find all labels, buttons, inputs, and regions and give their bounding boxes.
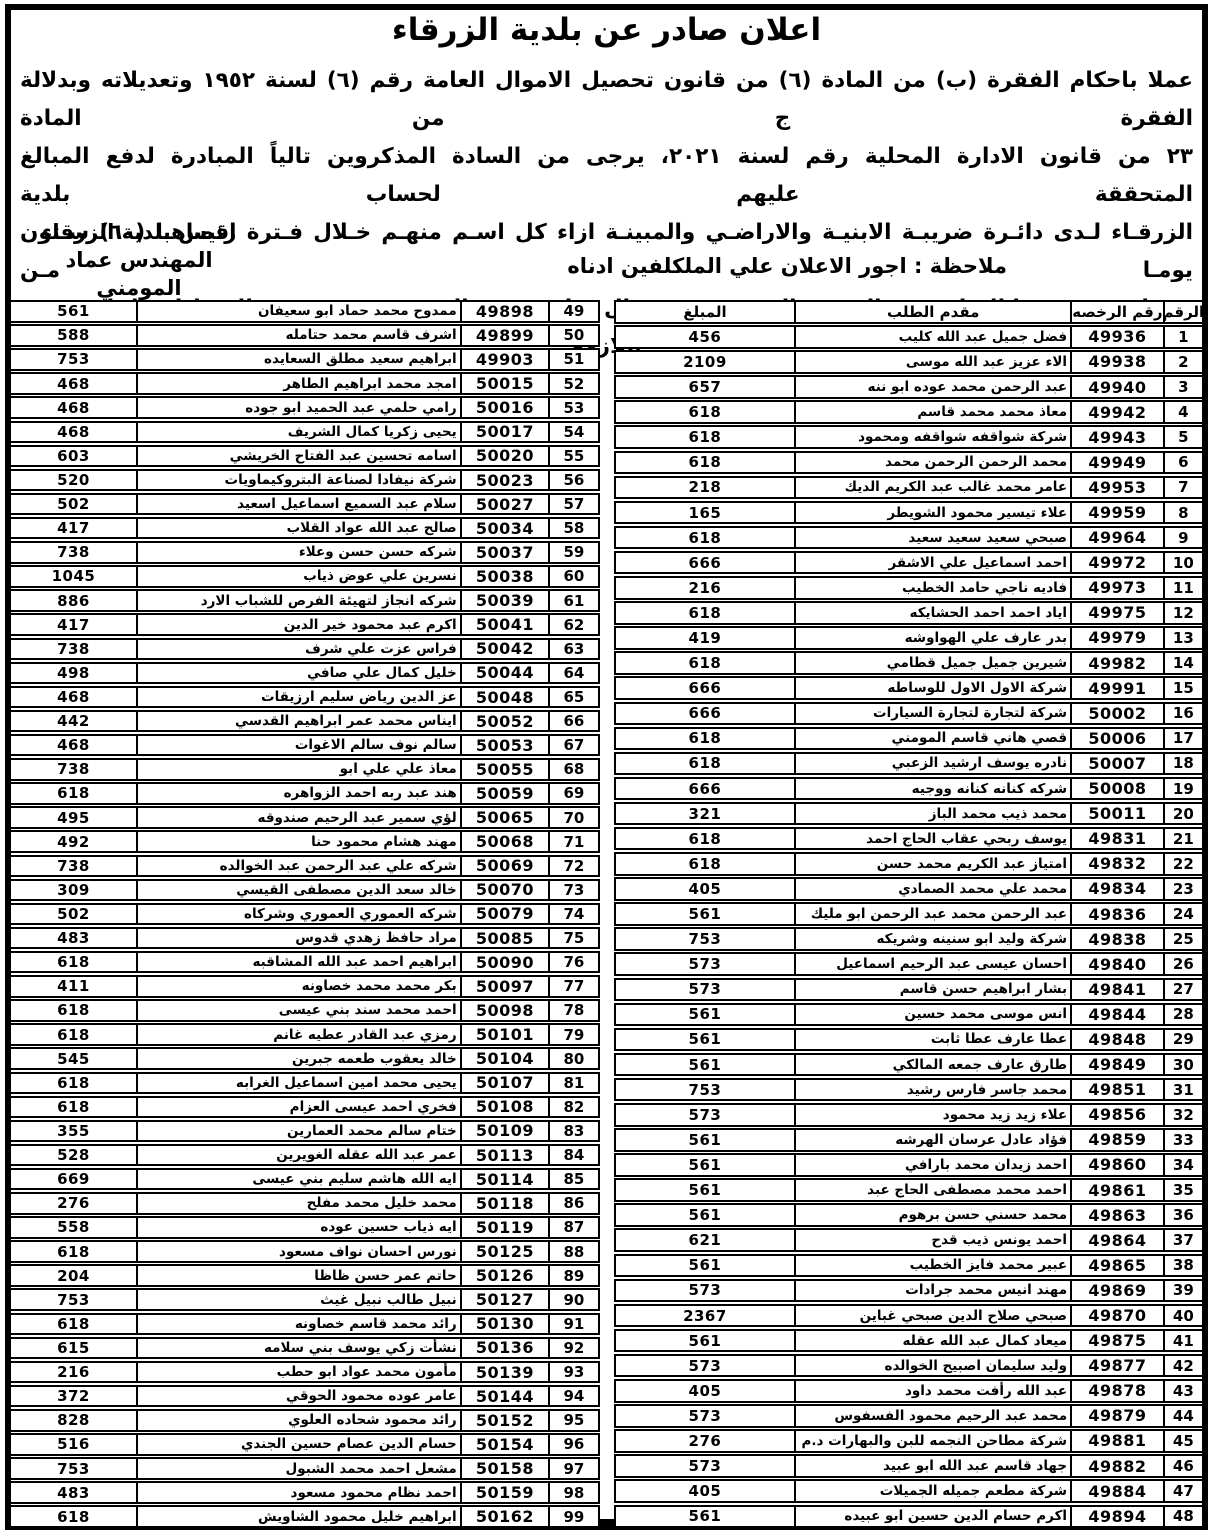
cell-name: نبيل طالب نبيل غيث bbox=[136, 1290, 460, 1309]
cell-amount: 411 bbox=[11, 977, 136, 996]
table-row: 7950101رمزي عبد القادر عطيه غانم618 bbox=[9, 1023, 600, 1046]
cell-num: 24 bbox=[1163, 904, 1202, 924]
cell-num: 19 bbox=[1163, 779, 1202, 799]
table-row: 9650154حسام الدين عصام حسين الجندي516 bbox=[9, 1433, 600, 1456]
cell-amount: 666 bbox=[616, 678, 795, 698]
signature-block: رئيس بلدية الزرقاء المهندس عماد المومني bbox=[24, 218, 254, 302]
cell-num: 36 bbox=[1163, 1205, 1202, 1225]
table-row: 7150068مهند هشام محمود حنا492 bbox=[9, 830, 600, 853]
cell-name: عبد الرحمن محمد عبد الرحمن ابو مليك bbox=[794, 904, 1070, 924]
cell-num: 26 bbox=[1163, 954, 1202, 974]
cell-num: 87 bbox=[548, 1218, 597, 1237]
cell-amount: 666 bbox=[616, 704, 795, 724]
cell-license: 50158 bbox=[460, 1459, 549, 1478]
cell-amount: 603 bbox=[11, 447, 136, 466]
cell-license: 50059 bbox=[460, 784, 549, 803]
cell-license: 50108 bbox=[460, 1098, 549, 1117]
cell-amount: 516 bbox=[11, 1435, 136, 1454]
cell-name: احسان عيسى عبد الرحيم اسماعيل bbox=[794, 954, 1070, 974]
cell-num: 60 bbox=[548, 567, 597, 586]
cell-num: 74 bbox=[548, 905, 597, 924]
cell-license: 49861 bbox=[1070, 1180, 1163, 1200]
cell-amount: 573 bbox=[616, 1281, 795, 1301]
table-row: 8350109ختام سالم محمد العمارين355 bbox=[9, 1120, 600, 1143]
table-row: 8250108فخري احمد عيسى العزام618 bbox=[9, 1096, 600, 1119]
cell-name: خليل كمال علي صافي bbox=[136, 664, 460, 683]
cell-name: محمد حسني حسن برهوم bbox=[794, 1205, 1070, 1225]
cell-name: ميعاد كمال عبد الله عقله bbox=[794, 1331, 1070, 1351]
cell-amount: 2367 bbox=[616, 1306, 795, 1326]
cell-license: 49959 bbox=[1070, 503, 1163, 523]
cell-num: 34 bbox=[1163, 1155, 1202, 1175]
cell-amount: 753 bbox=[11, 1459, 136, 1478]
table-row: 8650118محمد خليل محمد مفلح276 bbox=[9, 1192, 600, 1215]
table-row: 9450144عامر عوده محمود الحوقي372 bbox=[9, 1385, 600, 1408]
cell-license: 50016 bbox=[460, 398, 549, 417]
cell-amount: 561 bbox=[616, 1331, 795, 1351]
table-row: 1149973فاديه ناجي حامد الخطيب216 bbox=[614, 576, 1205, 600]
table-row: 4549881شركة مطاحن النجمه للبن والبهارات … bbox=[614, 1429, 1205, 1453]
cell-name: شركة شواقفه شواقفه ومحمود bbox=[794, 427, 1070, 447]
cell-num: 62 bbox=[548, 615, 597, 634]
cell-num: 72 bbox=[548, 857, 597, 876]
cell-license: 50017 bbox=[460, 423, 549, 442]
cell-num: 75 bbox=[548, 929, 597, 948]
cell-license: 49953 bbox=[1070, 478, 1163, 498]
table-row: 2649840احسان عيسى عبد الرحيم اسماعيل573 bbox=[614, 952, 1205, 976]
cell-amount: 886 bbox=[11, 591, 136, 610]
table-row: 2949848عطا عارف عطا ثابت561 bbox=[614, 1028, 1205, 1052]
cell-amount: 618 bbox=[11, 953, 136, 972]
cell-name: نادره يوسف ارشيد الزعبي bbox=[794, 754, 1070, 774]
table-row: 3749864احمد يونس ذيب قدح621 bbox=[614, 1228, 1205, 1252]
cell-amount: 738 bbox=[11, 760, 136, 779]
cell-amount: 561 bbox=[616, 1030, 795, 1050]
cell-amount: 738 bbox=[11, 543, 136, 562]
table-row: 5950037شركه حسن حسن وعلاء738 bbox=[9, 541, 600, 564]
cell-name: ابراهيم سعيد مطلق السعايده bbox=[136, 350, 460, 369]
body-line-2: ٢٣ من قانون الادارة المحلية رقم لسنة ٢٠٢… bbox=[20, 138, 1193, 214]
cell-num: 45 bbox=[1163, 1431, 1202, 1451]
cell-name: ايناس محمد عمر ابراهيم القدسي bbox=[136, 712, 460, 731]
cell-license: 49863 bbox=[1070, 1205, 1163, 1225]
header-amount: المبلغ bbox=[616, 302, 795, 322]
cell-license: 50027 bbox=[460, 495, 549, 514]
table-row: 5850034صالح عبد الله عواد القلاب417 bbox=[9, 517, 600, 540]
cell-license: 50159 bbox=[460, 1483, 549, 1502]
cell-amount: 468 bbox=[11, 736, 136, 755]
table-row: 6650052ايناس محمد عمر ابراهيم القدسي442 bbox=[9, 710, 600, 733]
cell-num: 21 bbox=[1163, 829, 1202, 849]
cell-license: 50130 bbox=[460, 1315, 549, 1334]
cell-name: شركه حسن حسن وعلاء bbox=[136, 543, 460, 562]
cell-num: 29 bbox=[1163, 1030, 1202, 1050]
cell-name: نورس احسان نواف مسعود bbox=[136, 1242, 460, 1261]
cell-name: شركة وليد ابو سنينه وشريكه bbox=[794, 929, 1070, 949]
cell-amount: 738 bbox=[11, 857, 136, 876]
note-text: ملاحظة : اجور الاعلان علي الملكلفين ادنا… bbox=[567, 254, 1007, 278]
cell-amount: 456 bbox=[616, 327, 795, 347]
cell-num: 57 bbox=[548, 495, 597, 514]
cell-num: 65 bbox=[548, 688, 597, 707]
cell-license: 49831 bbox=[1070, 829, 1163, 849]
cell-amount: 468 bbox=[11, 398, 136, 417]
cell-license: 49991 bbox=[1070, 678, 1163, 698]
announcement-page: اعلان صادر عن بلدية الزرقاء عملا باحكام … bbox=[0, 0, 1213, 1536]
table-row: 4049870صبحي صلاح الدين صبحي غباين2367 bbox=[614, 1304, 1205, 1328]
table-row: 6350042فراس عزت علي شرف738 bbox=[9, 638, 600, 661]
cell-amount: 618 bbox=[616, 603, 795, 623]
cell-num: 54 bbox=[548, 423, 597, 442]
cell-amount: 618 bbox=[616, 829, 795, 849]
cell-num: 61 bbox=[548, 591, 597, 610]
cell-amount: 468 bbox=[11, 423, 136, 442]
cell-name: ممدوح محمد حماد ابو سعيفان bbox=[136, 302, 460, 321]
cell-amount: 618 bbox=[11, 784, 136, 803]
cell-license: 49949 bbox=[1070, 453, 1163, 473]
cell-license: 50006 bbox=[1070, 729, 1163, 749]
cell-name: ختام سالم محمد العمارين bbox=[136, 1122, 460, 1141]
cell-num: 4 bbox=[1163, 402, 1202, 422]
table-row: 949964صبحي سعيد سعيد سعيد618 bbox=[614, 526, 1205, 550]
cell-num: 40 bbox=[1163, 1306, 1202, 1326]
cell-name: فخري احمد عيسى العزام bbox=[136, 1098, 460, 1117]
table-row: 1049972احمد اسماعيل علي الاشقر666 bbox=[614, 551, 1205, 575]
cell-name: مهند هشام محمود حنا bbox=[136, 832, 460, 851]
cell-amount: 483 bbox=[11, 1483, 136, 1502]
cell-name: معاذ علي علي ابو bbox=[136, 760, 460, 779]
cell-num: 22 bbox=[1163, 854, 1202, 874]
table-row: 3549861احمد محمد مصطفى الحاج عبد561 bbox=[614, 1178, 1205, 1202]
cell-license: 49851 bbox=[1070, 1080, 1163, 1100]
header-num: الرقم bbox=[1163, 302, 1202, 322]
cell-license: 50053 bbox=[460, 736, 549, 755]
table-row: 9050127نبيل طالب نبيل غيث753 bbox=[9, 1288, 600, 1311]
cell-license: 50139 bbox=[460, 1363, 549, 1382]
cell-num: 11 bbox=[1163, 578, 1202, 598]
cell-name: رمزي عبد القادر عطيه غانم bbox=[136, 1025, 460, 1044]
cell-amount: 204 bbox=[11, 1266, 136, 1285]
cell-num: 41 bbox=[1163, 1331, 1202, 1351]
cell-license: 50011 bbox=[1070, 804, 1163, 824]
cell-amount: 618 bbox=[11, 1074, 136, 1093]
cell-amount: 561 bbox=[616, 1180, 795, 1200]
cell-name: اياد احمد احمد الحشايكه bbox=[794, 603, 1070, 623]
table-row: 3349859فؤاد عادل عرسان الهرشه561 bbox=[614, 1128, 1205, 1152]
cell-num: 13 bbox=[1163, 628, 1202, 648]
cell-num: 82 bbox=[548, 1098, 597, 1117]
cell-license: 50101 bbox=[460, 1025, 549, 1044]
cell-license: 50097 bbox=[460, 977, 549, 996]
cell-num: 64 bbox=[548, 664, 597, 683]
cell-amount: 618 bbox=[616, 402, 795, 422]
cell-name: امتياز عبد الكريم محمد حسن bbox=[794, 854, 1070, 874]
cell-name: عطا عارف عطا ثابت bbox=[794, 1030, 1070, 1050]
cell-amount: 498 bbox=[11, 664, 136, 683]
cell-amount: 753 bbox=[616, 929, 795, 949]
cell-num: 55 bbox=[548, 447, 597, 466]
cell-license: 50038 bbox=[460, 567, 549, 586]
cell-amount: 405 bbox=[616, 1381, 795, 1401]
cell-license: 50069 bbox=[460, 857, 549, 876]
cell-name: شركه العموري العموري وشركاه bbox=[136, 905, 460, 924]
cell-name: يوسف ربحي عقاب الحاج احمد bbox=[794, 829, 1070, 849]
cell-amount: 618 bbox=[616, 854, 795, 874]
cell-num: 94 bbox=[548, 1387, 597, 1406]
cell-name: شركه علي عبد الرحمن عبد الخوالده bbox=[136, 857, 460, 876]
cell-name: احمد محمد مصطفى الحاج عبد bbox=[794, 1180, 1070, 1200]
signature-name: المهندس عماد المومني bbox=[24, 246, 254, 302]
cell-amount: 657 bbox=[616, 377, 795, 397]
cell-num: 53 bbox=[548, 398, 597, 417]
cell-amount: 753 bbox=[11, 350, 136, 369]
table-rows-49-99: 4949898ممدوح محمد حماد ابو سعيفان5615049… bbox=[9, 300, 600, 1528]
cell-license: 49936 bbox=[1070, 327, 1163, 347]
cell-amount: 573 bbox=[616, 1456, 795, 1476]
cell-num: 37 bbox=[1163, 1230, 1202, 1250]
cell-amount: 618 bbox=[616, 528, 795, 548]
cell-amount: 615 bbox=[11, 1339, 136, 1358]
cell-name: هند عبد ربه احمد الزواهره bbox=[136, 784, 460, 803]
cell-num: 98 bbox=[548, 1483, 597, 1502]
cell-license: 49975 bbox=[1070, 603, 1163, 623]
cell-license: 49881 bbox=[1070, 1431, 1163, 1451]
cell-license: 50015 bbox=[460, 374, 549, 393]
cell-license: 49864 bbox=[1070, 1230, 1163, 1250]
cell-name: بدر عارف علي الهواوشه bbox=[794, 628, 1070, 648]
cell-name: صبحي سعيد سعيد سعيد bbox=[794, 528, 1070, 548]
cell-num: 46 bbox=[1163, 1456, 1202, 1476]
table-row: 8950126حاتم عمر حسن ظاظا204 bbox=[9, 1264, 600, 1287]
cell-num: 1 bbox=[1163, 327, 1202, 347]
table-row: 9850159احمد نظام محمود مسعود483 bbox=[9, 1481, 600, 1504]
cell-amount: 561 bbox=[616, 1155, 795, 1175]
cell-amount: 528 bbox=[11, 1146, 136, 1165]
table-row: 6550048عز الدين رياض سليم ارزيقات468 bbox=[9, 686, 600, 709]
cell-name: حسام الدين عصام حسين الجندي bbox=[136, 1435, 460, 1454]
cell-amount: 405 bbox=[616, 1481, 795, 1501]
table-row: 2249832امتياز عبد الكريم محمد حسن618 bbox=[614, 852, 1205, 876]
table-row: 2749841بشار ابراهيم حسن قاسم573 bbox=[614, 978, 1205, 1002]
table-row: 2849844انس موسى محمد حسين561 bbox=[614, 1003, 1205, 1027]
cell-num: 6 bbox=[1163, 453, 1202, 473]
cell-name: مأمون محمد عواد ابو حطب bbox=[136, 1363, 460, 1382]
cell-license: 50079 bbox=[460, 905, 549, 924]
cell-license: 49849 bbox=[1070, 1055, 1163, 1075]
cell-num: 70 bbox=[548, 808, 597, 827]
cell-name: شركة الاول الاول للوساطه bbox=[794, 678, 1070, 698]
cell-license: 49982 bbox=[1070, 653, 1163, 673]
cell-name: نسرين علي عوض ذياب bbox=[136, 567, 460, 586]
cell-name: خالد يعقوب طعمه جبرين bbox=[136, 1049, 460, 1068]
cell-amount: 417 bbox=[11, 519, 136, 538]
cell-name: وليد سليمان اصبيح الخوالده bbox=[794, 1356, 1070, 1376]
cell-name: ابراهيم خليل محمود الشاويش bbox=[136, 1507, 460, 1526]
cell-amount: 618 bbox=[11, 1001, 136, 1020]
cell-name: اكرم عبد محمود خير الدين bbox=[136, 615, 460, 634]
cell-amount: 618 bbox=[11, 1315, 136, 1334]
cell-num: 20 bbox=[1163, 804, 1202, 824]
cell-amount: 216 bbox=[11, 1363, 136, 1382]
cell-license: 50090 bbox=[460, 953, 549, 972]
table-row: 449942معاذ محمد محمد قاسم618 bbox=[614, 400, 1205, 424]
cell-amount: 618 bbox=[616, 653, 795, 673]
cell-name: ايه ذياب حسين عوده bbox=[136, 1218, 460, 1237]
cell-num: 89 bbox=[548, 1266, 597, 1285]
table-row: 7650090ابراهيم احمد عبد الله المشاقبه618 bbox=[9, 951, 600, 974]
cell-name: يحيى محمد امين اسماعيل الغرابه bbox=[136, 1074, 460, 1093]
cell-license: 49870 bbox=[1070, 1306, 1163, 1326]
cell-name: اشرف قاسم محمد حتامله bbox=[136, 326, 460, 345]
cell-amount: 738 bbox=[11, 640, 136, 659]
cell-amount: 618 bbox=[11, 1098, 136, 1117]
cell-num: 43 bbox=[1163, 1381, 1202, 1401]
cell-num: 47 bbox=[1163, 1481, 1202, 1501]
cell-name: محمد خليل محمد مفلح bbox=[136, 1194, 460, 1213]
cell-license: 50041 bbox=[460, 615, 549, 634]
table-row: 3449860احمد زيدان محمد بارافي561 bbox=[614, 1153, 1205, 1177]
cell-license: 50039 bbox=[460, 591, 549, 610]
cell-amount: 618 bbox=[11, 1025, 136, 1044]
cell-num: 27 bbox=[1163, 980, 1202, 1000]
cell-license: 50104 bbox=[460, 1049, 549, 1068]
cell-num: 69 bbox=[548, 784, 597, 803]
cell-num: 28 bbox=[1163, 1005, 1202, 1025]
cell-license: 50136 bbox=[460, 1339, 549, 1358]
cell-license: 49899 bbox=[460, 326, 549, 345]
cell-license: 50042 bbox=[460, 640, 549, 659]
cell-num: 16 bbox=[1163, 704, 1202, 724]
table-row: 4649882جهاد قاسم عبد الله ابو عبيد573 bbox=[614, 1454, 1205, 1478]
cell-name: رائد محمود شحاده العلوي bbox=[136, 1411, 460, 1430]
table-row: 1650002شركة لتجارة لتجارة السيارات666 bbox=[614, 702, 1205, 726]
table-row: 6850055معاذ علي علي ابو738 bbox=[9, 758, 600, 781]
table-row: 5350016رامي حلمي عبد الحميد ابو جوده468 bbox=[9, 396, 600, 419]
cell-num: 99 bbox=[548, 1507, 597, 1526]
cell-name: عبد الله رأفت محمد داود bbox=[794, 1381, 1070, 1401]
cell-num: 51 bbox=[548, 350, 597, 369]
cell-num: 12 bbox=[1163, 603, 1202, 623]
cell-name: صالح عبد الله عواد القلاب bbox=[136, 519, 460, 538]
cell-name: بكر محمد محمد خصاونه bbox=[136, 977, 460, 996]
table-row: 6150039شركه انجاز لتهيئة الفرص للشباب ال… bbox=[9, 589, 600, 612]
cell-name: معاذ محمد محمد قاسم bbox=[794, 402, 1070, 422]
cell-amount: 558 bbox=[11, 1218, 136, 1237]
cell-amount: 753 bbox=[616, 1080, 795, 1100]
cell-num: 23 bbox=[1163, 879, 1202, 899]
cell-license: 50048 bbox=[460, 688, 549, 707]
table-row: 8850125نورس احسان نواف مسعود618 bbox=[9, 1240, 600, 1263]
table-row: 5250015امجد محمد ابراهيم الطاهر468 bbox=[9, 372, 600, 395]
table-row: 1549991شركة الاول الاول للوساطه666 bbox=[614, 676, 1205, 700]
cell-name: لؤي سمير عبد الرحيم صندوقه bbox=[136, 808, 460, 827]
cell-amount: 216 bbox=[616, 578, 795, 598]
cell-num: 8 bbox=[1163, 503, 1202, 523]
cell-name: مشعل احمد محمد الشبول bbox=[136, 1459, 460, 1478]
cell-license: 49964 bbox=[1070, 528, 1163, 548]
cell-license: 50107 bbox=[460, 1074, 549, 1093]
table-row: 7450079شركه العموري العموري وشركاه502 bbox=[9, 903, 600, 926]
cell-license: 49940 bbox=[1070, 377, 1163, 397]
cell-license: 50065 bbox=[460, 808, 549, 827]
cell-name: فراس عزت علي شرف bbox=[136, 640, 460, 659]
cell-license: 49882 bbox=[1070, 1456, 1163, 1476]
cell-name: شركه انجاز لتهيئة الفرص للشباب الارد bbox=[136, 591, 460, 610]
cell-amount: 561 bbox=[616, 1205, 795, 1225]
cell-num: 48 bbox=[1163, 1507, 1202, 1527]
cell-num: 78 bbox=[548, 1001, 597, 1020]
cell-license: 49841 bbox=[1070, 980, 1163, 1000]
cell-num: 33 bbox=[1163, 1130, 1202, 1150]
table-row: 9750158مشعل احمد محمد الشبول753 bbox=[9, 1457, 600, 1480]
table-row: 8150107يحيى محمد امين اسماعيل الغرابه618 bbox=[9, 1072, 600, 1095]
table-row: 7250069شركه علي عبد الرحمن عبد الخوالده7… bbox=[9, 855, 600, 878]
table-row: 149936فضل جميل عبد الله كليب456 bbox=[614, 325, 1205, 349]
cell-name: انس موسى محمد حسين bbox=[794, 1005, 1070, 1025]
cell-amount: 218 bbox=[616, 478, 795, 498]
table-row: 5650023شركة نيفادا لصناعة البتروكيماويات… bbox=[9, 469, 600, 492]
cell-license: 50126 bbox=[460, 1266, 549, 1285]
cell-license: 49875 bbox=[1070, 1331, 1163, 1351]
cell-name: شركة نيفادا لصناعة البتروكيماويات bbox=[136, 471, 460, 490]
table-row: 849959علاء تيسير محمود الشويطر165 bbox=[614, 501, 1205, 525]
cell-license: 50037 bbox=[460, 543, 549, 562]
cell-num: 3 bbox=[1163, 377, 1202, 397]
cell-license: 49878 bbox=[1070, 1381, 1163, 1401]
table-row: 3149851محمد جاسر فارس رشيد753 bbox=[614, 1078, 1205, 1102]
cell-name: نشأت زكي يوسف بني سلامه bbox=[136, 1339, 460, 1358]
cell-num: 91 bbox=[548, 1315, 597, 1334]
cell-license: 49860 bbox=[1070, 1155, 1163, 1175]
cell-license: 49859 bbox=[1070, 1130, 1163, 1150]
cell-name: احمد يونس ذيب قدح bbox=[794, 1230, 1070, 1250]
table-row: 6950059هند عبد ربه احمد الزواهره618 bbox=[9, 782, 600, 805]
cell-num: 25 bbox=[1163, 929, 1202, 949]
table-row: 2149831يوسف ربحي عقاب الحاج احمد618 bbox=[614, 827, 1205, 851]
table-row: 6250041اكرم عبد محمود خير الدين417 bbox=[9, 613, 600, 636]
table-row: 4749884شركة مطعم جميله الجميلات405 bbox=[614, 1479, 1205, 1503]
cell-name: الاء عزيز عبد الله موسى bbox=[794, 352, 1070, 372]
cell-name: علاء تيسير محمود الشويطر bbox=[794, 503, 1070, 523]
cell-num: 86 bbox=[548, 1194, 597, 1213]
cell-license: 50127 bbox=[460, 1290, 549, 1309]
cell-amount: 573 bbox=[616, 1105, 795, 1125]
cell-amount: 588 bbox=[11, 326, 136, 345]
table-row: 8550114ايه الله هاشم سليم بني عيسى669 bbox=[9, 1168, 600, 1191]
cell-name: احمد زيدان محمد بارافي bbox=[794, 1155, 1070, 1175]
table-row: 2050011محمد ذيب محمد الباز321 bbox=[614, 802, 1205, 826]
cell-num: 5 bbox=[1163, 427, 1202, 447]
cell-name: بشار ابراهيم حسن قاسم bbox=[794, 980, 1070, 1000]
cell-num: 77 bbox=[548, 977, 597, 996]
table-row: 349940عبد الرحمن محمد عوده ابو ننه657 bbox=[614, 375, 1205, 399]
cell-license: 50152 bbox=[460, 1411, 549, 1430]
cell-name: شركه كنانه كنانه ووجيه bbox=[794, 779, 1070, 799]
cell-license: 50118 bbox=[460, 1194, 549, 1213]
cell-amount: 561 bbox=[616, 1256, 795, 1276]
cell-name: شيرين جميل جميل قطامي bbox=[794, 653, 1070, 673]
cell-name: ابراهيم احمد عبد الله المشاقبه bbox=[136, 953, 460, 972]
cell-license: 50008 bbox=[1070, 779, 1163, 799]
table-row: 4249877وليد سليمان اصبيح الخوالده573 bbox=[614, 1354, 1205, 1378]
table-row: 4149875ميعاد كمال عبد الله عقله561 bbox=[614, 1329, 1205, 1353]
cell-num: 31 bbox=[1163, 1080, 1202, 1100]
cell-num: 83 bbox=[548, 1122, 597, 1141]
cell-amount: 520 bbox=[11, 471, 136, 490]
table-row: 749953عامر محمد غالب عبد الكريم الديك218 bbox=[614, 476, 1205, 500]
table-row: 9150130رائد محمد قاسم خصاونه618 bbox=[9, 1313, 600, 1336]
body-line-1: عملا باحكام الفقرة (ب) من المادة (٦) من … bbox=[20, 62, 1193, 138]
